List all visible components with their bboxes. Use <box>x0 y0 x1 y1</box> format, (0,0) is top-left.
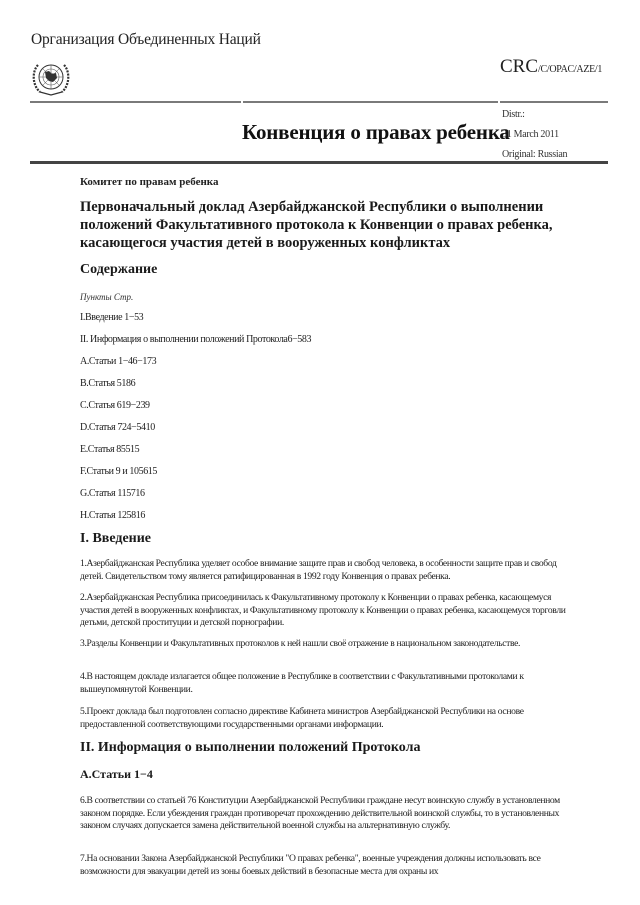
header-rule-top-middle <box>243 101 498 103</box>
toc-item[interactable]: I.Введение 1−53 <box>80 312 143 323</box>
report-title: Первоначальный доклад Азербайджанской Ре… <box>80 198 560 252</box>
contents-heading: Содержание <box>80 262 157 278</box>
toc-column-header: Пункты Стр. <box>80 292 133 302</box>
convention-title: Конвенция о правах ребенка <box>242 120 510 145</box>
toc-item[interactable]: E.Статья 85515 <box>80 444 139 455</box>
toc-item[interactable]: D.Статья 724−5410 <box>80 422 155 433</box>
paragraph-2: 2.Азербайджанская Республика присоединил… <box>80 592 570 630</box>
organization-name: Организация Объединенных Наций <box>31 31 261 49</box>
toc-item[interactable]: A.Статьи 1−46−173 <box>80 356 156 367</box>
un-emblem-icon <box>30 59 72 97</box>
toc-item[interactable]: C.Статья 619−239 <box>80 400 150 411</box>
header-rule-bottom <box>30 161 608 164</box>
subsection-heading-articles-1-4: A.Статьи 1−4 <box>80 767 153 782</box>
header-rule-top-left <box>30 101 241 103</box>
paragraph-6: 6.В соответствии со статьей 76 Конституц… <box>80 795 570 833</box>
committee-name: Комитет по правам ребенка <box>80 176 218 188</box>
paragraph-5: 5.Проект доклада был подготовлен согласн… <box>80 706 570 731</box>
toc-item[interactable]: II. Информация о выполнении положений Пр… <box>80 334 311 345</box>
section-heading-protocol: II. Информация о выполнении положений Пр… <box>80 740 420 756</box>
symbol-main: CRC <box>500 56 538 77</box>
distribution-label: Distr.: <box>502 109 525 120</box>
paragraph-4: 4.В настоящем докладе излагается общее п… <box>80 671 570 696</box>
toc-item[interactable]: F.Статьи 9 и 105615 <box>80 466 157 477</box>
document-symbol: CRC/C/OPAC/AZE/1 <box>500 56 602 78</box>
header-rule-top-right <box>500 101 608 103</box>
paragraph-7: 7.На основании Закона Азербайджанской Ре… <box>80 853 570 878</box>
document-date: 31 March 2011 <box>502 129 559 140</box>
toc-item[interactable]: H.Статья 125816 <box>80 510 145 521</box>
symbol-suffix: /C/OPAC/AZE/1 <box>538 64 602 75</box>
original-language: Original: Russian <box>502 149 567 160</box>
toc-item[interactable]: B.Статья 5186 <box>80 378 135 389</box>
paragraph-3: 3.Разделы Конвенции и Факультативных про… <box>80 638 570 651</box>
toc-item[interactable]: G.Статья 115716 <box>80 488 145 499</box>
section-heading-introduction: I. Введение <box>80 531 151 547</box>
paragraph-1: 1.Азербайджанская Республика уделяет осо… <box>80 558 570 583</box>
